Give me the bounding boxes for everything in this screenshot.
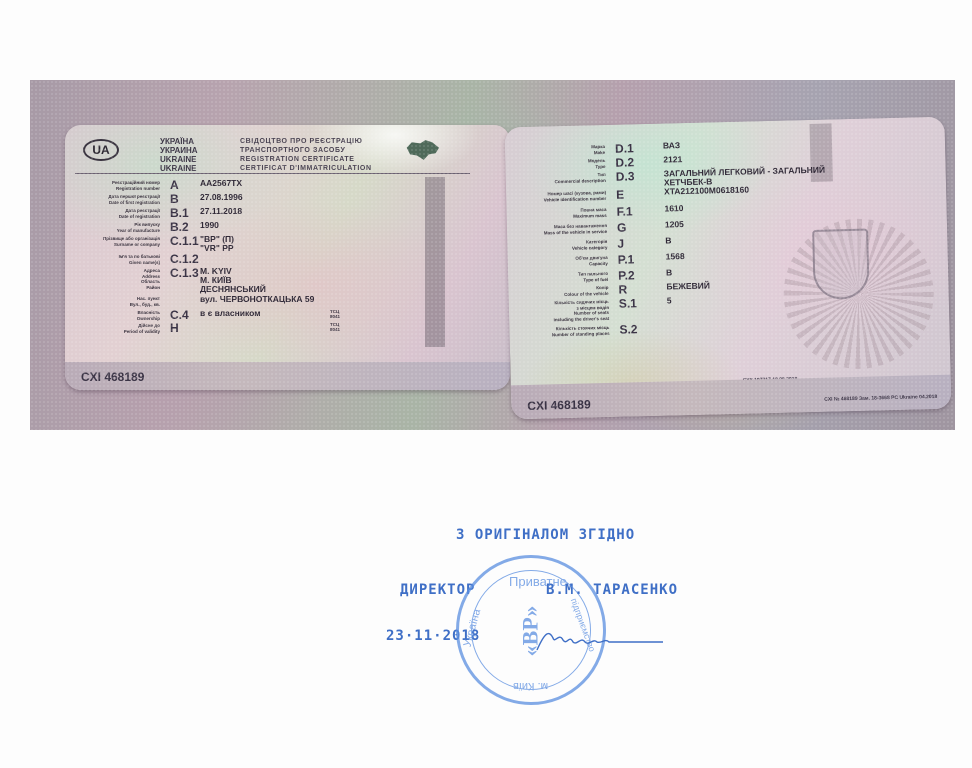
signature — [535, 628, 665, 652]
field-row: Прізвище або організація Surname or comp… — [65, 235, 314, 253]
field-row: Дата реєстрації Date of registrationB.12… — [65, 207, 314, 221]
field-row: Власність OwnershipC.4в є власникомТСЦ 8… — [65, 309, 314, 322]
certificate-front-card: UA УКРАЇНА УКРАИНА UKRAINE UKRAINE СВІДО… — [65, 125, 510, 390]
field-aux: ТСЦ 8041 — [330, 309, 340, 319]
field-label: Повна маса Maximum mass — [506, 206, 606, 220]
field-label: Кількість сидячих місць з місцем водія N… — [509, 298, 610, 323]
field-value: 2121 — [663, 155, 682, 164]
field-label: Прізвище або організація Surname or comp… — [65, 235, 160, 247]
field-code: G — [607, 221, 665, 234]
seal-top-text: Приватне — [509, 574, 567, 589]
field-label: Марка Make — [505, 143, 605, 157]
field-code: P.1 — [608, 253, 666, 266]
field-row: Нас. пункт Вул., буд., кв.вул. ЧЕРВОНОТК… — [65, 295, 314, 309]
field-value: 1610 — [664, 204, 683, 213]
field-code: D.3 — [606, 170, 664, 183]
field-code: A — [160, 179, 200, 191]
field-code: B — [160, 193, 200, 205]
field-label: Тип Commercial description — [506, 171, 606, 185]
field-label: Колір Colour of the vehicle — [508, 284, 608, 298]
certified-copy-text: З ОРИГІНАЛОМ ЗГІДНО — [456, 527, 635, 543]
field-label: Ім'я та по батькові Given name(s) — [65, 253, 160, 265]
field-value: 27.11.2018 — [200, 207, 242, 216]
divider — [75, 173, 470, 174]
field-label: Модель Type — [505, 157, 605, 171]
front-fields: Реєстраційний номер Registration numberA… — [65, 179, 314, 335]
field-value: "ВР" (П) "VR" PP — [200, 235, 234, 253]
certificate-title: СВІДОЦТВО ПРО РЕЄСТРАЦІЮ ТРАНСПОРТНОГО З… — [240, 137, 372, 173]
field-row: Ім'я та по батькові Given name(s)C.1.2 — [65, 253, 314, 267]
field-label: Об'єм двигуна Capacity — [508, 254, 608, 268]
field-code: C.1.1 — [160, 235, 200, 247]
field-label: Номер шасі (кузова, рами) Vehicle identi… — [506, 189, 606, 203]
ukraine-map-icon — [405, 139, 439, 161]
field-value: AA2567TX — [200, 179, 242, 188]
registration-certificate-photo: UA УКРАЇНА УКРАИНА UKRAINE UKRAINE СВІДО… — [30, 80, 955, 430]
field-value: XTA212100M0618160 — [664, 185, 749, 196]
field-value: 1990 — [200, 221, 219, 230]
field-label: Рік випуску Year of manufacture — [65, 221, 160, 233]
field-code: E — [606, 188, 664, 201]
field-aux: ТСЦ 8041 — [330, 322, 340, 332]
field-code: R — [608, 283, 666, 296]
serial-number: CXI 468189 — [81, 370, 144, 384]
field-value: 1205 — [665, 220, 684, 229]
field-code: P.2 — [608, 269, 666, 282]
field-row: Адреса Address Область РайонC.1.3М. KYIV… — [65, 267, 314, 295]
field-value: B — [666, 268, 672, 277]
field-label: Кількість стоячих місць Number of standi… — [509, 324, 609, 338]
country-names: УКРАЇНА УКРАИНА UKRAINE UKRAINE — [160, 137, 198, 173]
field-code: C.1.3 — [160, 267, 200, 279]
field-code: B.1 — [160, 207, 200, 219]
field-row: Дійсне до Period of validityHТСЦ 8041 — [65, 322, 314, 335]
field-row: Дата першої реєстрації Date of first reg… — [65, 193, 314, 207]
serial-number: CXI 468189 — [527, 397, 591, 413]
field-value: в є власником — [200, 309, 260, 318]
field-label: Маса без навантаження Mass of the vehicl… — [507, 222, 607, 236]
field-value: 1568 — [666, 252, 685, 261]
field-value: 5 — [667, 296, 672, 305]
field-value: 27.08.1996 — [200, 193, 243, 202]
field-label: Власність Ownership — [65, 309, 160, 321]
field-code: S.1 — [609, 297, 667, 310]
field-value: вул. ЧЕРВОНОТКАЦЬКА 59 — [200, 295, 314, 304]
field-value: B — [665, 236, 671, 245]
field-row: Реєстраційний номер Registration numberA… — [65, 179, 314, 193]
field-label: Категорія Vehicle category — [507, 238, 607, 252]
field-code: D.2 — [605, 156, 663, 169]
field-value: ВАЗ — [663, 141, 680, 150]
field-label: Дата першої реєстрації Date of first reg… — [65, 193, 160, 205]
field-code: C.4 — [160, 309, 200, 321]
field-row: Рік випуску Year of manufactureB.21990 — [65, 221, 314, 235]
field-label: Тип пального Type of fuel — [508, 270, 608, 284]
country-code-oval: UA — [83, 139, 119, 161]
field-value: БЕЖЕВИЙ — [666, 281, 710, 291]
field-label: Дійсне до Period of validity — [65, 322, 160, 334]
field-label: Адреса Address Область Район — [65, 267, 160, 290]
field-value: М. KYIV М. КИЇВ ДЕСНЯНСЬКИЙ — [200, 267, 266, 294]
field-code: S.2 — [609, 322, 667, 335]
field-code: F.1 — [606, 205, 664, 218]
field-code: C.1.2 — [160, 253, 200, 265]
field-label: Нас. пункт Вул., буд., кв. — [65, 295, 160, 307]
seal-left-text: Україна — [462, 608, 484, 649]
seal-bottom-text: м. Київ — [513, 680, 548, 692]
back-fields: Марка MakeD.1ВАЗМодель TypeD.22121Тип Co… — [505, 138, 829, 345]
field-code: H — [160, 322, 200, 334]
certificate-back-card: Марка MakeD.1ВАЗМодель TypeD.22121Тип Co… — [504, 117, 951, 420]
field-code: J — [607, 237, 665, 250]
field-code: D.1 — [605, 142, 663, 155]
field-label: Дата реєстрації Date of registration — [65, 207, 160, 219]
security-stripe — [425, 177, 445, 347]
field-code: B.2 — [160, 221, 200, 233]
field-label: Реєстраційний номер Registration number — [65, 179, 160, 191]
